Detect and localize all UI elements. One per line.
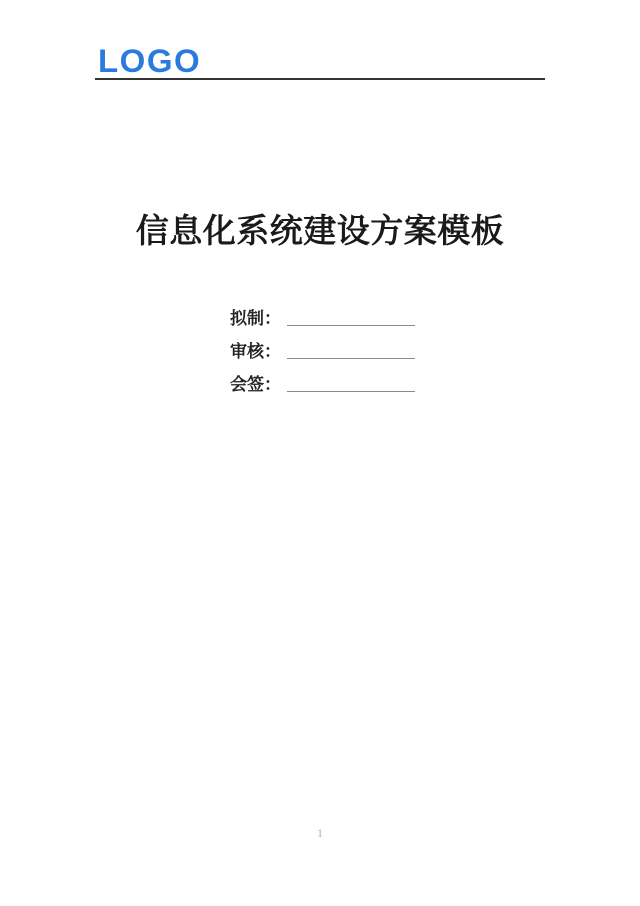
field-row-reviewer: 审核：: [230, 330, 430, 363]
header-divider: [95, 78, 545, 80]
countersign-signature-line: [287, 391, 415, 392]
signature-fields: 拟制： 审核： 会签：: [230, 297, 430, 396]
drafter-label: 拟制：: [230, 309, 281, 330]
countersign-label: 会签：: [230, 375, 281, 396]
document-title: 信息化系统建设方案模板: [0, 213, 640, 249]
page-number: 1: [0, 826, 640, 841]
reviewer-signature-line: [287, 358, 415, 359]
company-logo: LOGO: [98, 44, 201, 76]
reviewer-label: 审核：: [230, 342, 281, 363]
drafter-signature-line: [287, 325, 415, 326]
field-row-countersign: 会签：: [230, 363, 430, 396]
field-row-drafter: 拟制：: [230, 297, 430, 330]
document-cover-page: LOGO 信息化系统建设方案模板 拟制： 审核： 会签： 1: [0, 0, 640, 906]
